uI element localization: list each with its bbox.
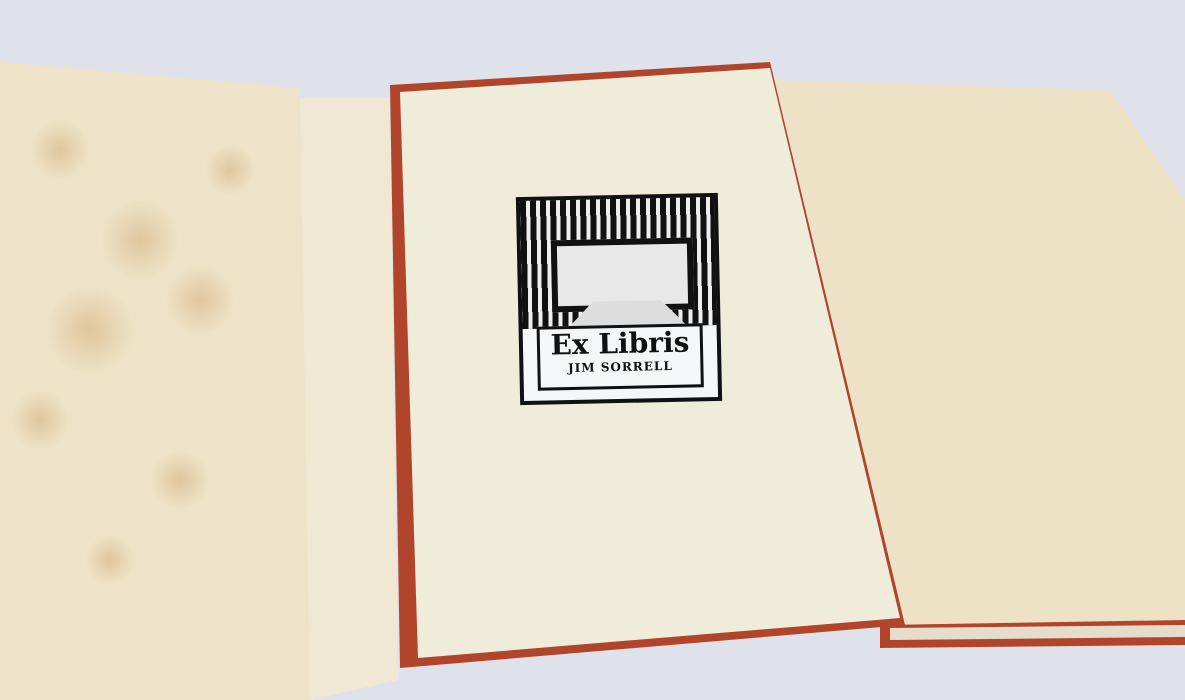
bookplate: Ex Libris JIM SORRELL (516, 193, 722, 405)
bookplate-title: Ex Libris (540, 326, 701, 361)
bookplate-artwork (520, 197, 717, 329)
book-photo: Ex Libris JIM SORRELL (0, 0, 1185, 700)
bookplate-label: Ex Libris JIM SORRELL (537, 323, 704, 390)
